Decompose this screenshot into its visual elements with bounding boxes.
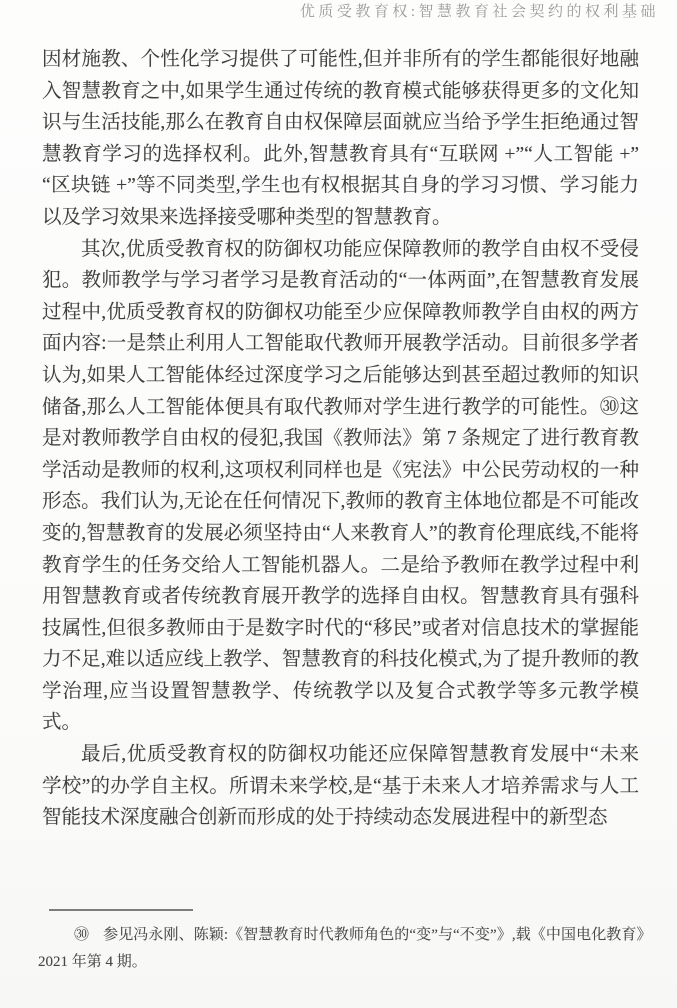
footnote-separator [49,909,193,911]
footnote-text: 参见冯永刚、陈颖:《智慧教育时代教师角色的“变”与“不变”》,载《中国电化教育》… [38,927,644,970]
footnote-entry: ㉚参见冯永刚、陈颖:《智慧教育时代教师角色的“变”与“不变”》,载《中国电化教育… [38,922,644,976]
footnote: ㉚参见冯永刚、陈颖:《智慧教育时代教师角色的“变”与“不变”》,载《中国电化教育… [38,922,644,976]
book-page: 优质受教育权:智慧教育社会契约的权利基础 因材施教、个性化学习提供了可能性,但并… [0,0,677,1008]
body-text: 因材施教、个性化学习提供了可能性,但并非所有的学生都能很好地融入智慧教育之中,如… [42,44,639,834]
running-head: 优质受教育权:智慧教育社会契约的权利基础 [300,0,659,21]
paragraph-continuation: 因材施教、个性化学习提供了可能性,但并非所有的学生都能很好地融入智慧教育之中,如… [42,44,639,234]
paragraph-future-school: 最后,优质受教育权的防御权功能还应保障智慧教育发展中“未来学校”的办学自主权。所… [42,739,639,834]
footnote-marker: ㉚ [74,927,89,943]
paragraph-teacher-freedom: 其次,优质受教育权的防御权功能应保障教师的教学自由权不受侵犯。教师教学与学习者学… [42,234,639,740]
